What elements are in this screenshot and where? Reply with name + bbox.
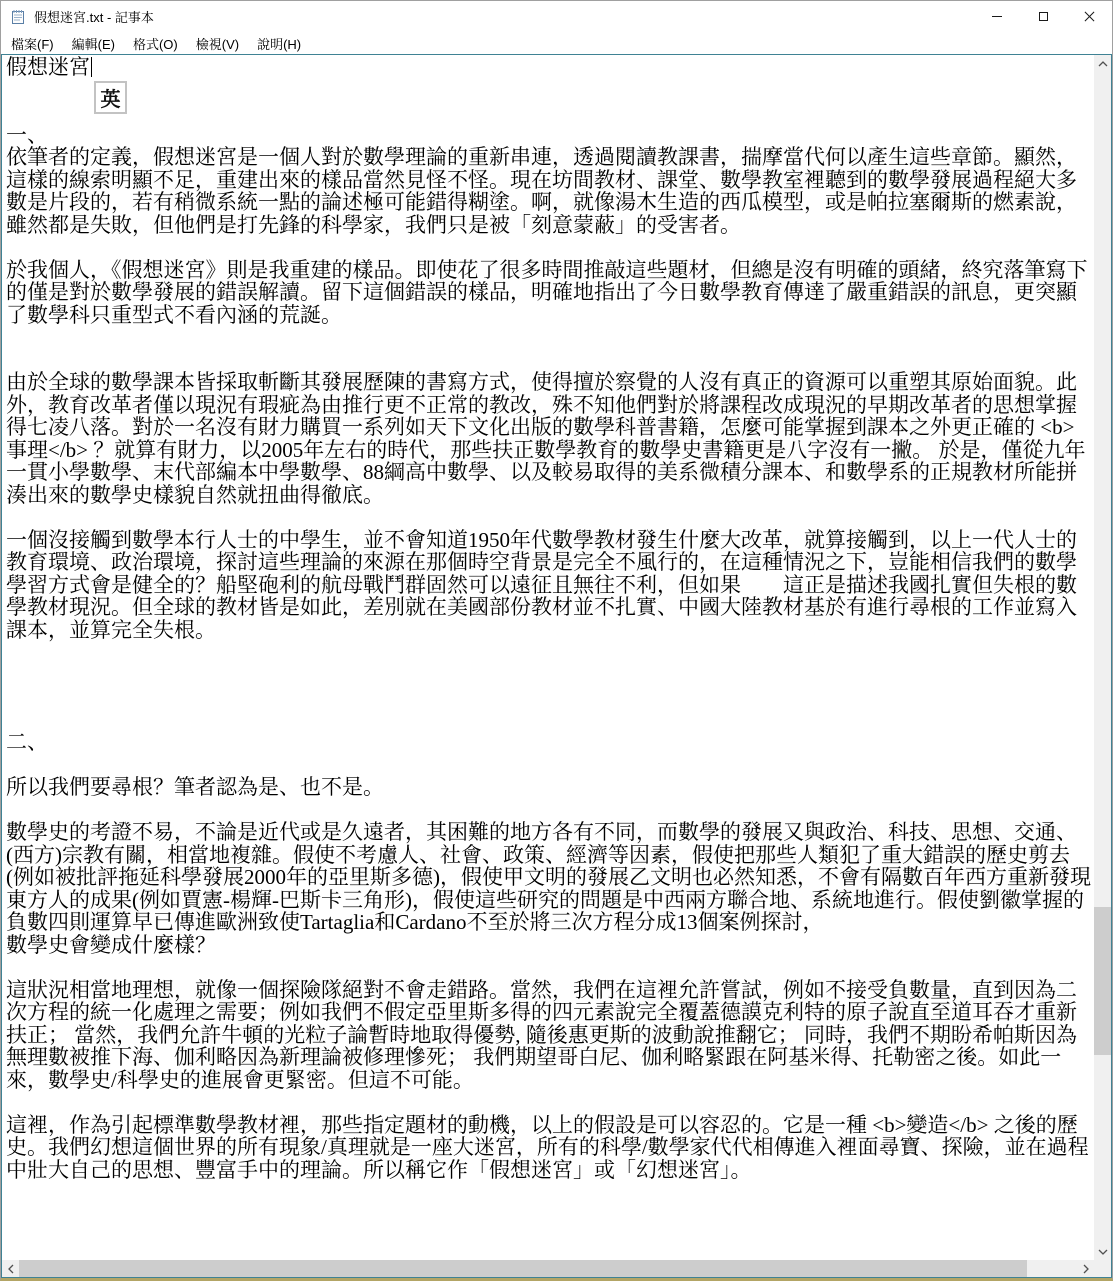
titlebar: 假想迷宮.txt - 記事本 — [1, 1, 1112, 32]
minimize-icon — [992, 16, 1002, 17]
notepad-icon[interactable] — [10, 8, 27, 25]
scroll-right-button[interactable] — [1077, 1260, 1094, 1277]
window-title: 假想迷宮.txt - 記事本 — [34, 7, 154, 26]
editor-area: 假想迷宮 一、 依筆者的定義，假想迷宮是一個人對於數學理論的重新串連，透過閱讀教… — [1, 54, 1112, 1278]
close-icon — [1084, 11, 1095, 22]
notepad-window: 假想迷宮.txt - 記事本 檔案(F) 編輯(E) 格式(O) 檢視(V) 說… — [0, 0, 1113, 1281]
menu-view[interactable]: 檢視(V) — [187, 32, 248, 55]
chevron-right-icon — [1083, 1264, 1089, 1274]
text-editor[interactable]: 假想迷宮 一、 依筆者的定義，假想迷宮是一個人對於數學理論的重新串連，透過閱讀教… — [2, 55, 1094, 1260]
vertical-scrollbar-thumb[interactable] — [1094, 907, 1111, 1055]
horizontal-scrollbar-thumb[interactable] — [19, 1260, 1027, 1277]
scroll-up-button[interactable] — [1094, 55, 1111, 72]
chevron-down-icon — [1098, 1249, 1108, 1255]
chevron-up-icon — [1098, 61, 1108, 67]
chevron-left-icon — [8, 1264, 14, 1274]
menu-help[interactable]: 說明(H) — [248, 32, 310, 55]
scrollbar-corner — [1094, 1260, 1111, 1277]
scroll-left-button[interactable] — [2, 1260, 19, 1277]
window-controls — [974, 1, 1112, 32]
vertical-scrollbar[interactable] — [1094, 55, 1111, 1260]
horizontal-scrollbar[interactable] — [2, 1260, 1094, 1277]
menu-format[interactable]: 格式(O) — [124, 32, 187, 55]
menubar: 檔案(F) 編輯(E) 格式(O) 檢視(V) 說明(H) — [1, 32, 1112, 54]
menu-edit[interactable]: 編輯(E) — [63, 32, 124, 55]
menu-file[interactable]: 檔案(F) — [2, 32, 63, 55]
close-button[interactable] — [1066, 1, 1112, 32]
minimize-button[interactable] — [974, 1, 1020, 32]
ime-mode-indicator[interactable]: 英 — [94, 81, 127, 114]
scroll-down-button[interactable] — [1094, 1243, 1111, 1260]
text-caret — [91, 57, 92, 77]
maximize-button[interactable] — [1020, 1, 1066, 32]
maximize-icon — [1039, 12, 1048, 21]
